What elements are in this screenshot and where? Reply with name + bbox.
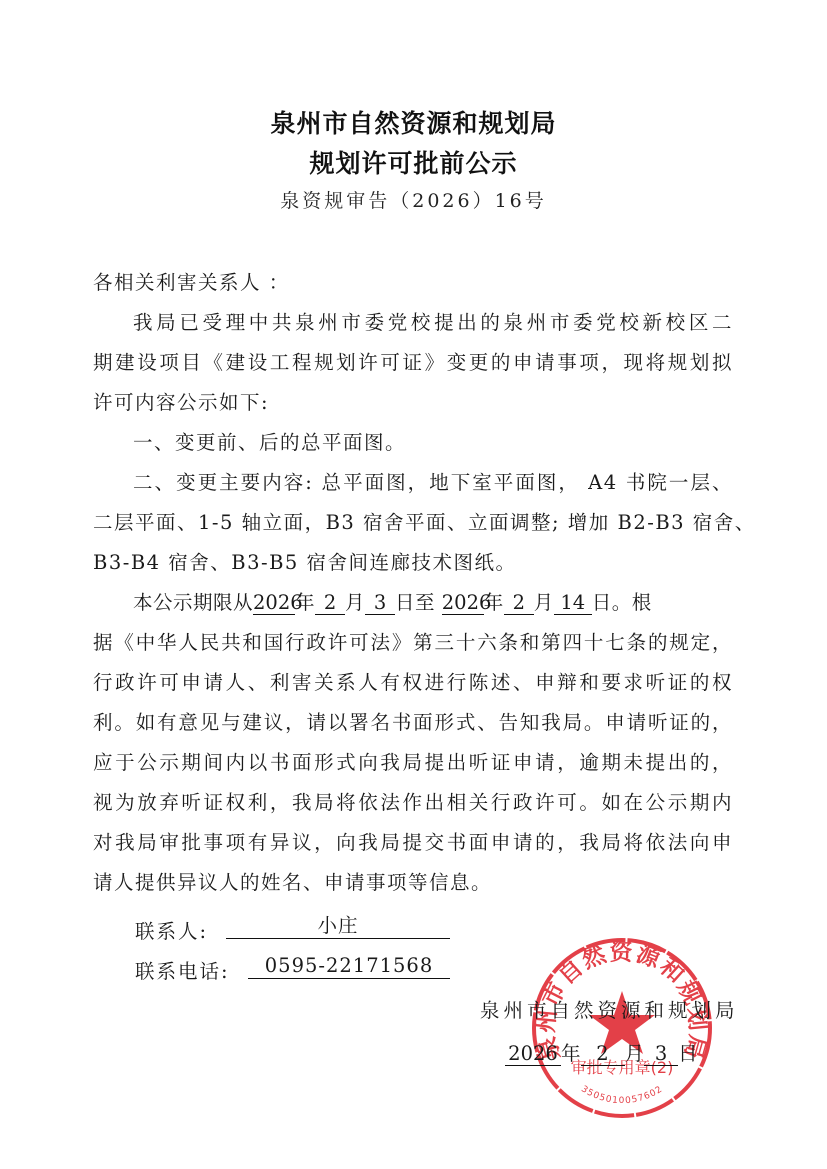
start-year: 2026	[253, 592, 295, 615]
para1-line3: 许可内容公示如下:	[93, 390, 733, 416]
day-to: 日至	[395, 591, 435, 614]
salutation: 各相关利害关系人 ：	[93, 270, 733, 296]
para3-line5: 视为放弃听证权利，我局将依法作出相关行政许可。如在公示期内	[93, 790, 733, 816]
sign-year-char: 年	[561, 1042, 581, 1065]
month-char: 月	[345, 591, 365, 614]
para3-line2: 行政许可申请人、利害关系人有权进行陈述、申辩和要求听证的权	[93, 670, 733, 696]
sign-day: 3	[644, 1043, 678, 1066]
contact-person-label: 联系人:	[135, 916, 208, 944]
document-number: 泉资规审告（2026）16号	[0, 186, 827, 213]
notice-title: 规划许可批前公示	[0, 144, 827, 180]
month-char: 月	[534, 591, 554, 614]
item-1: 一、变更前、后的总平面图。	[133, 430, 733, 456]
official-seal-icon: 泉州市自然资源和规划局 审批专用章(2) 3505010057602	[527, 933, 717, 1123]
para3-line7: 请人提供异议人的姓名、申请事项等信息。	[93, 870, 733, 896]
end-month: 2	[504, 592, 534, 615]
end-day: 14	[554, 592, 592, 615]
year-char: 年	[484, 591, 504, 614]
year-char: 年	[295, 591, 315, 614]
para1-line1: 我局已受理中共泉州市委党校提出的泉州市委党校新校区二	[133, 310, 733, 336]
para3-line6: 对我局审批事项有异议，向我局提交书面申请的，我局将依法向申	[93, 830, 733, 856]
para3-line4: 应于公示期间内以书面形式向我局提出听证申请，逾期未提出的，	[93, 750, 733, 776]
para3-line3: 利。如有意见与建议，请以署名书面形式、告知我局。申请听证的，	[93, 710, 733, 736]
sign-month: 2	[581, 1043, 625, 1066]
contact-phone-value: 0595-22171568	[248, 954, 450, 979]
sign-year: 2026	[505, 1043, 561, 1066]
start-day: 3	[365, 592, 395, 615]
sign-month-char: 月	[625, 1042, 645, 1065]
svg-text:3505010057602: 3505010057602	[579, 1084, 665, 1106]
signature-organization: 泉州市自然资源和规划局	[480, 995, 739, 1023]
item2-line3: B3-B4 宿舍、B3-B5 宿舍间连廊技术图纸。	[93, 550, 733, 576]
signature-date: 2026年2月3日	[505, 1038, 698, 1066]
contact-person-value: 小庄	[226, 914, 450, 939]
sign-day-char: 日	[678, 1042, 698, 1065]
end-year: 2026	[442, 592, 484, 615]
para3-line1: 据《中华人民共和国行政许可法》第三十六条和第四十七条的规定，	[93, 630, 733, 656]
period-line: 本公示期限从2026年2月3日至 2026年2月14日。根	[133, 590, 733, 616]
period-prefix: 本公示期限从	[133, 591, 253, 614]
document-page: 泉州市自然资源和规划局 规划许可批前公示 泉资规审告（2026）16号 各相关利…	[0, 0, 827, 1169]
contact-phone-label: 联系电话:	[135, 956, 230, 984]
agency-title: 泉州市自然资源和规划局	[0, 104, 827, 140]
item2-line1: 二、变更主要内容: 总平面图，地下室平面图， A4 书院一层、	[133, 470, 733, 496]
period-suffix: 日。根	[592, 591, 652, 614]
para1-line2: 期建设项目《建设工程规划许可证》变更的申请事项，现将规划拟	[93, 350, 733, 376]
start-month: 2	[315, 592, 345, 615]
item2-line2: 二层平面、1-5 轴立面，B3 宿舍平面、立面调整; 增加 B2-B3 宿舍、	[93, 510, 733, 536]
